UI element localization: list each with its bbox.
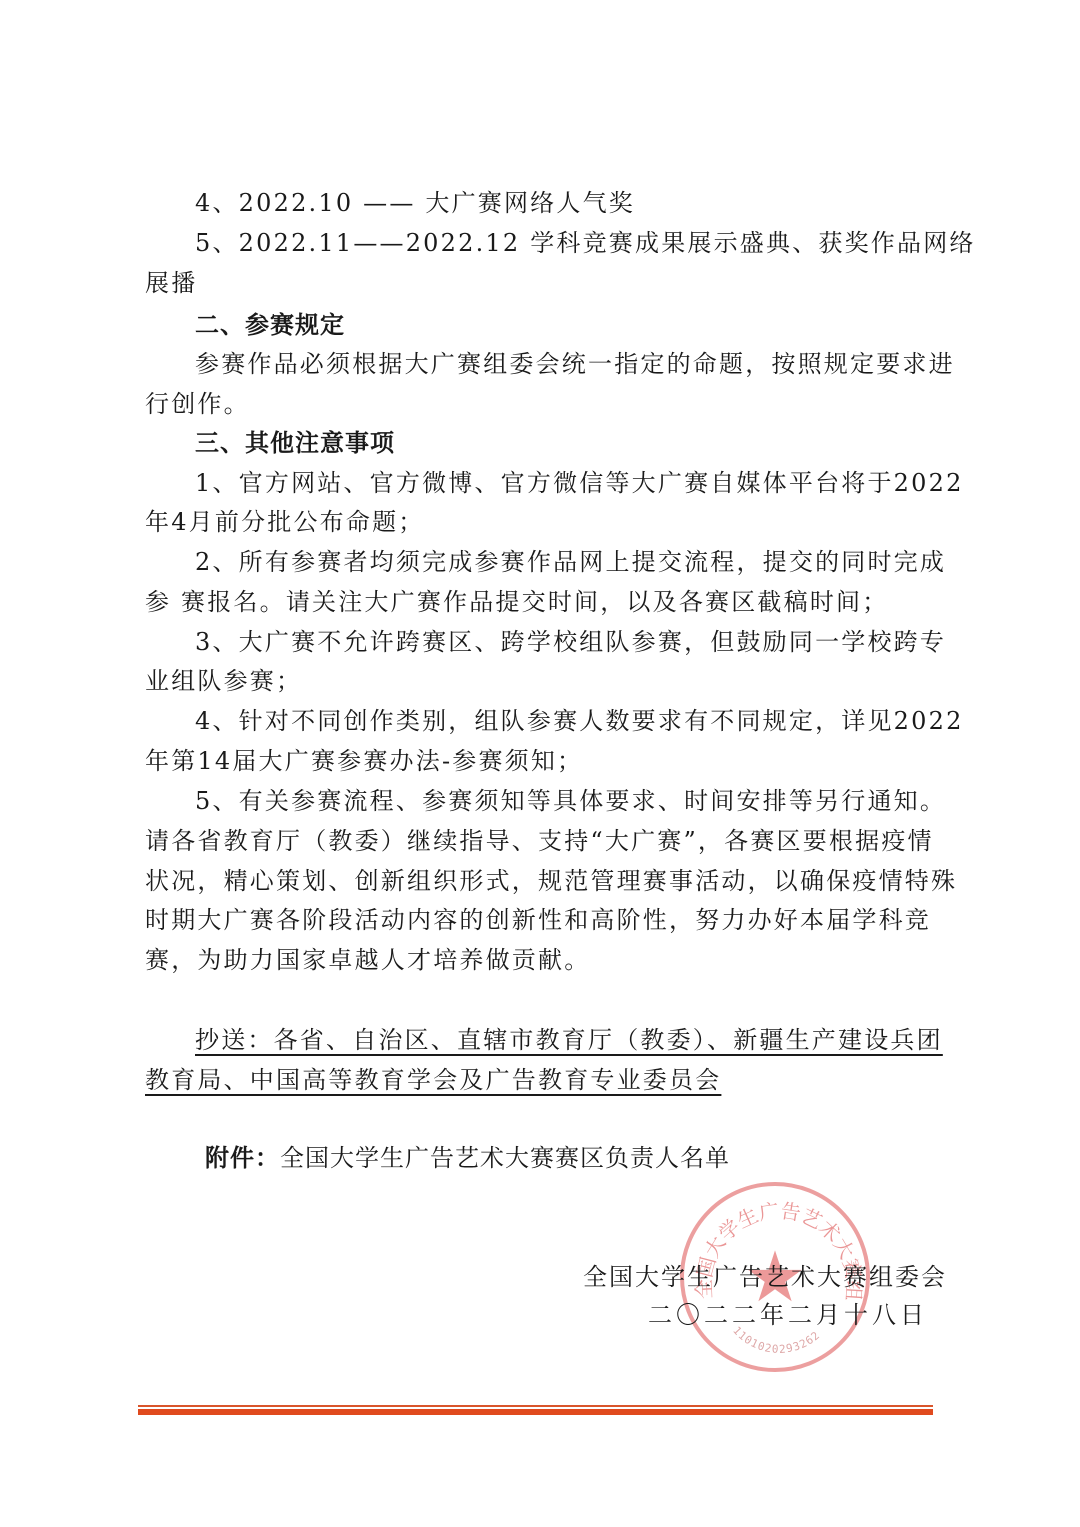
note-item-3-line1: 3、大广赛不允许跨赛区、跨学校组队参赛，但鼓励同一学校跨专 xyxy=(195,627,946,657)
closing-line-4: 赛，为助力国家卓越人才培养做贡献。 xyxy=(145,945,590,975)
section-heading-rules: 二、参赛规定 xyxy=(195,310,345,340)
note-item-4-line1: 4、针对不同创作类别，组队参赛人数要求有不同规定，详见2022 xyxy=(195,706,964,736)
footer-rule-thick xyxy=(138,1409,933,1415)
note-item-1-line2: 年4月前分批公布命题； xyxy=(145,507,424,537)
attachment-label: 附件： xyxy=(205,1144,280,1172)
signature-org: 全国大学生广告艺术大赛组委会 xyxy=(583,1262,947,1292)
section-heading-notes: 三、其他注意事项 xyxy=(195,428,395,458)
cc-line1: 抄送：各省、自治区、直辖市教育厅（教委）、新疆生产建设兵团 xyxy=(195,1025,943,1055)
rules-paragraph-line2: 行创作。 xyxy=(145,389,250,419)
attachment-title: 全国大学生广告艺术大赛赛区负责人名单 xyxy=(280,1144,730,1172)
cc-line2: 教育局、中国高等教育学会及广告教育专业委员会 xyxy=(145,1065,721,1095)
signature-date: 二〇二二年二月十八日 xyxy=(648,1300,928,1330)
closing-line-2: 状况，精心策划、创新组织形式，规范管理赛事活动，以确保疫情特殊 xyxy=(145,866,957,896)
rules-paragraph-line1: 参赛作品必须根据大广赛组委会统一指定的命题，按照规定要求进 xyxy=(195,349,955,379)
schedule-item-5: 5、2022.11——2022.12 学科竞赛成果展示盛典、获奖作品网络 xyxy=(195,228,976,258)
attachment-line: 附件：全国大学生广告艺术大赛赛区负责人名单 xyxy=(205,1143,730,1173)
closing-line-3: 时期大广赛各阶段活动内容的创新性和高阶性，努力办好本届学科竞 xyxy=(145,905,931,935)
closing-line-1: 请各省教育厅（教委）继续指导、支持“大广赛”，各赛区要根据疫情 xyxy=(145,826,934,856)
schedule-item-5-cont: 展播 xyxy=(145,268,197,298)
note-item-2-line2: 参 赛报名。请关注大广赛作品提交时间，以及各赛区截稿时间； xyxy=(145,587,888,617)
note-item-3-line2: 业组队参赛； xyxy=(145,666,302,696)
note-item-4-line2: 年第14届大广赛参赛办法-参赛须知； xyxy=(145,746,583,776)
schedule-item-4: 4、2022.10 —— 大广赛网络人气奖 xyxy=(195,188,635,218)
note-item-2-line1: 2、所有参赛者均须完成参赛作品网上提交流程，提交的同时完成 xyxy=(195,547,946,577)
footer-rule-thin xyxy=(138,1405,933,1407)
note-item-5-line1: 5、有关参赛流程、参赛须知等具体要求、时间安排等另行通知。 xyxy=(195,786,946,816)
note-item-1-line1: 1、官方网站、官方微博、官方微信等大广赛自媒体平台将于2022 xyxy=(195,468,964,498)
